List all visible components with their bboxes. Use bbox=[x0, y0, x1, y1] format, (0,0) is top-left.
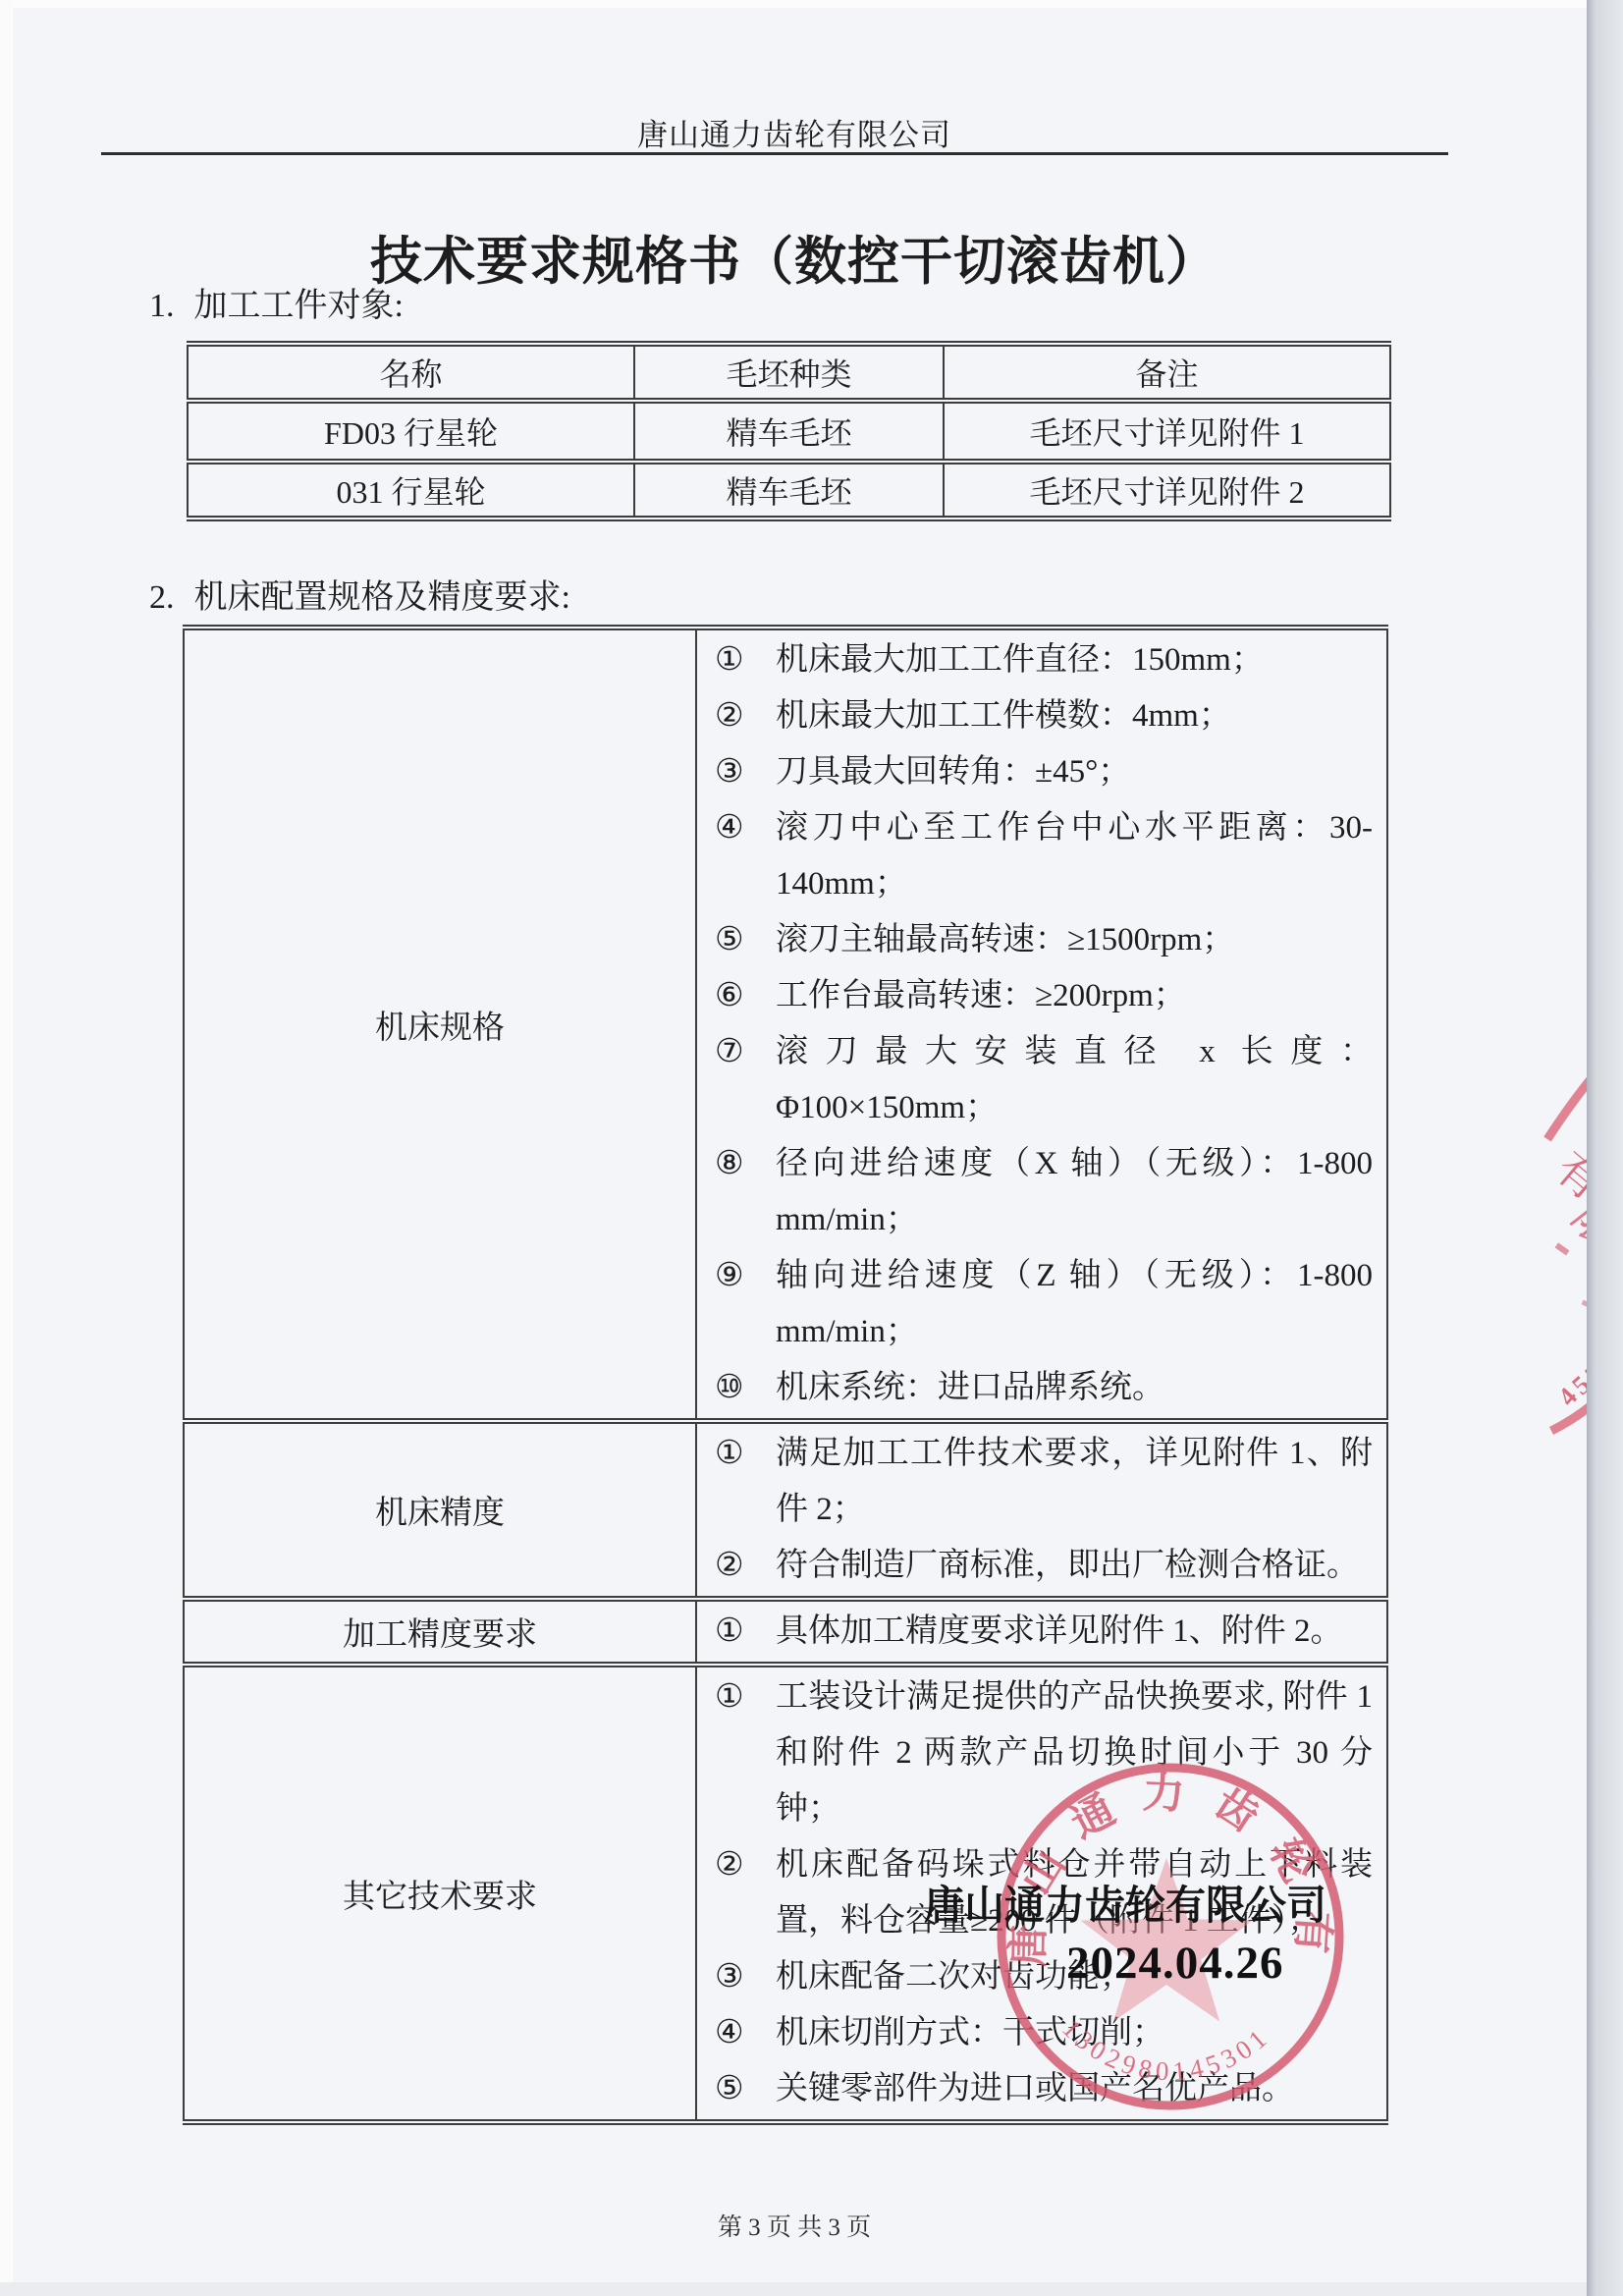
col-header-remark: 备注 bbox=[944, 344, 1390, 401]
scan-edge-top bbox=[0, 0, 1623, 8]
scan-edge-right bbox=[1587, 0, 1623, 2296]
section2-number: 2. bbox=[149, 579, 175, 616]
table-row-machining-accuracy: 加工精度要求 ①具体加工精度要求详见附件 1、附件 2。 bbox=[184, 1599, 1387, 1665]
row-content: ①满足加工工件技术要求，详见附件 1、附件 2； ②符合制造厂商标准，即出厂检测… bbox=[696, 1421, 1387, 1599]
spec-item: ③刀具最大回转角：±45°； bbox=[715, 744, 1373, 800]
signature-date: 2024.04.26 bbox=[1066, 1937, 1284, 1990]
signature-company: 唐山通力齿轮有限公司 bbox=[924, 1873, 1326, 1931]
table-row: FD03 行星轮 精车毛坯 毛坯尺寸详见附件 1 bbox=[188, 401, 1390, 462]
partial-seal-stamp: 有 限 4 5 3 bbox=[1490, 1056, 1589, 1449]
svg-text:1302980145301: 1302980145301 bbox=[1056, 2013, 1275, 2086]
spec-item: ⑩机床系统：进口品牌系统。 bbox=[715, 1360, 1373, 1416]
row-label: 其它技术要求 bbox=[184, 1665, 696, 2122]
spec-item: ⑧径向进给速度（X 轴）（无级）：1-800 mm/min； bbox=[715, 1136, 1373, 1248]
seal-code-text: 1302980145301 bbox=[1056, 2013, 1275, 2086]
table-row-machine-spec: 机床规格 ①机床最大加工工件直径：150mm； ②机床最大加工工件模数：4mm；… bbox=[184, 628, 1387, 1421]
spec-item: ①满足加工工件技术要求，详见附件 1、附件 2； bbox=[715, 1426, 1373, 1538]
spec-item: ⑨轴向进给速度（Z 轴）（无级）：1-800 mm/min； bbox=[715, 1248, 1373, 1360]
table-row: 031 行星轮 精车毛坯 毛坯尺寸详见附件 2 bbox=[188, 462, 1390, 519]
row-content: ①机床最大加工工件直径：150mm； ②机床最大加工工件模数：4mm； ③刀具最… bbox=[696, 628, 1387, 1421]
cell-name: 031 行星轮 bbox=[188, 462, 634, 519]
spec-item: ①机床最大加工工件直径：150mm； bbox=[715, 632, 1373, 688]
page-number-footer: 第 3 页 共 3 页 bbox=[0, 2208, 1589, 2243]
scanned-document-page: 唐山通力齿轮有限公司 技术要求规格书（数控干切滚齿机） 1.加工工件对象: 名称… bbox=[0, 0, 1623, 2296]
row-label: 加工精度要求 bbox=[184, 1599, 696, 1665]
table-row-machine-accuracy: 机床精度 ①满足加工工件技术要求，详见附件 1、附件 2； ②符合制造厂商标准，… bbox=[184, 1421, 1387, 1599]
scan-edge-bottom bbox=[0, 2282, 1623, 2296]
spec-item: ②机床最大加工工件模数：4mm； bbox=[715, 688, 1373, 744]
section2-heading-text: 机床配置规格及精度要求: bbox=[194, 579, 570, 616]
cell-name: FD03 行星轮 bbox=[188, 401, 634, 462]
cell-blank-type: 精车毛坯 bbox=[634, 401, 944, 462]
spec-item: ⑤滚刀主轴最高转速：≥1500rpm； bbox=[715, 912, 1373, 968]
scan-edge-left bbox=[0, 0, 13, 2296]
spec-item: ②符合制造厂商标准，即出厂检测合格证。 bbox=[715, 1538, 1373, 1594]
col-header-name: 名称 bbox=[188, 344, 634, 401]
cell-remark: 毛坯尺寸详见附件 1 bbox=[944, 401, 1390, 462]
section1-heading-text: 加工工件对象: bbox=[194, 288, 404, 324]
page-header-company: 唐山通力齿轮有限公司 bbox=[0, 110, 1589, 154]
section1-heading: 1.加工工件对象: bbox=[149, 278, 404, 326]
row-label: 机床精度 bbox=[184, 1421, 696, 1599]
header-divider-line bbox=[101, 152, 1448, 155]
cell-blank-type: 精车毛坯 bbox=[634, 462, 944, 519]
workpiece-table: 名称 毛坯种类 备注 FD03 行星轮 精车毛坯 毛坯尺寸详见附件 1 031 … bbox=[187, 341, 1391, 521]
spec-item: ⑦滚刀最大安装直径 x 长度：Φ100×150mm； bbox=[715, 1024, 1373, 1136]
section1-number: 1. bbox=[149, 288, 175, 324]
partial-seal-arc-top bbox=[1547, 1067, 1589, 1139]
row-label: 机床规格 bbox=[184, 628, 696, 1421]
spec-item: ④滚刀中心至工作台中心水平距离：30-140mm； bbox=[715, 800, 1373, 912]
section2-heading: 2.机床配置规格及精度要求: bbox=[149, 570, 570, 618]
row-content: ①具体加工精度要求详见附件 1、附件 2。 bbox=[696, 1599, 1387, 1665]
partial-seal-char-top: 有 bbox=[1546, 1142, 1589, 1210]
spec-item: ⑥工作台最高转速：≥200rpm； bbox=[715, 968, 1373, 1024]
spec-item: ①具体加工精度要求详见附件 1、附件 2。 bbox=[715, 1604, 1373, 1660]
workpiece-table-header-row: 名称 毛坯种类 备注 bbox=[188, 344, 1390, 401]
cell-remark: 毛坯尺寸详见附件 2 bbox=[944, 462, 1390, 519]
col-header-blank-type: 毛坯种类 bbox=[634, 344, 944, 401]
